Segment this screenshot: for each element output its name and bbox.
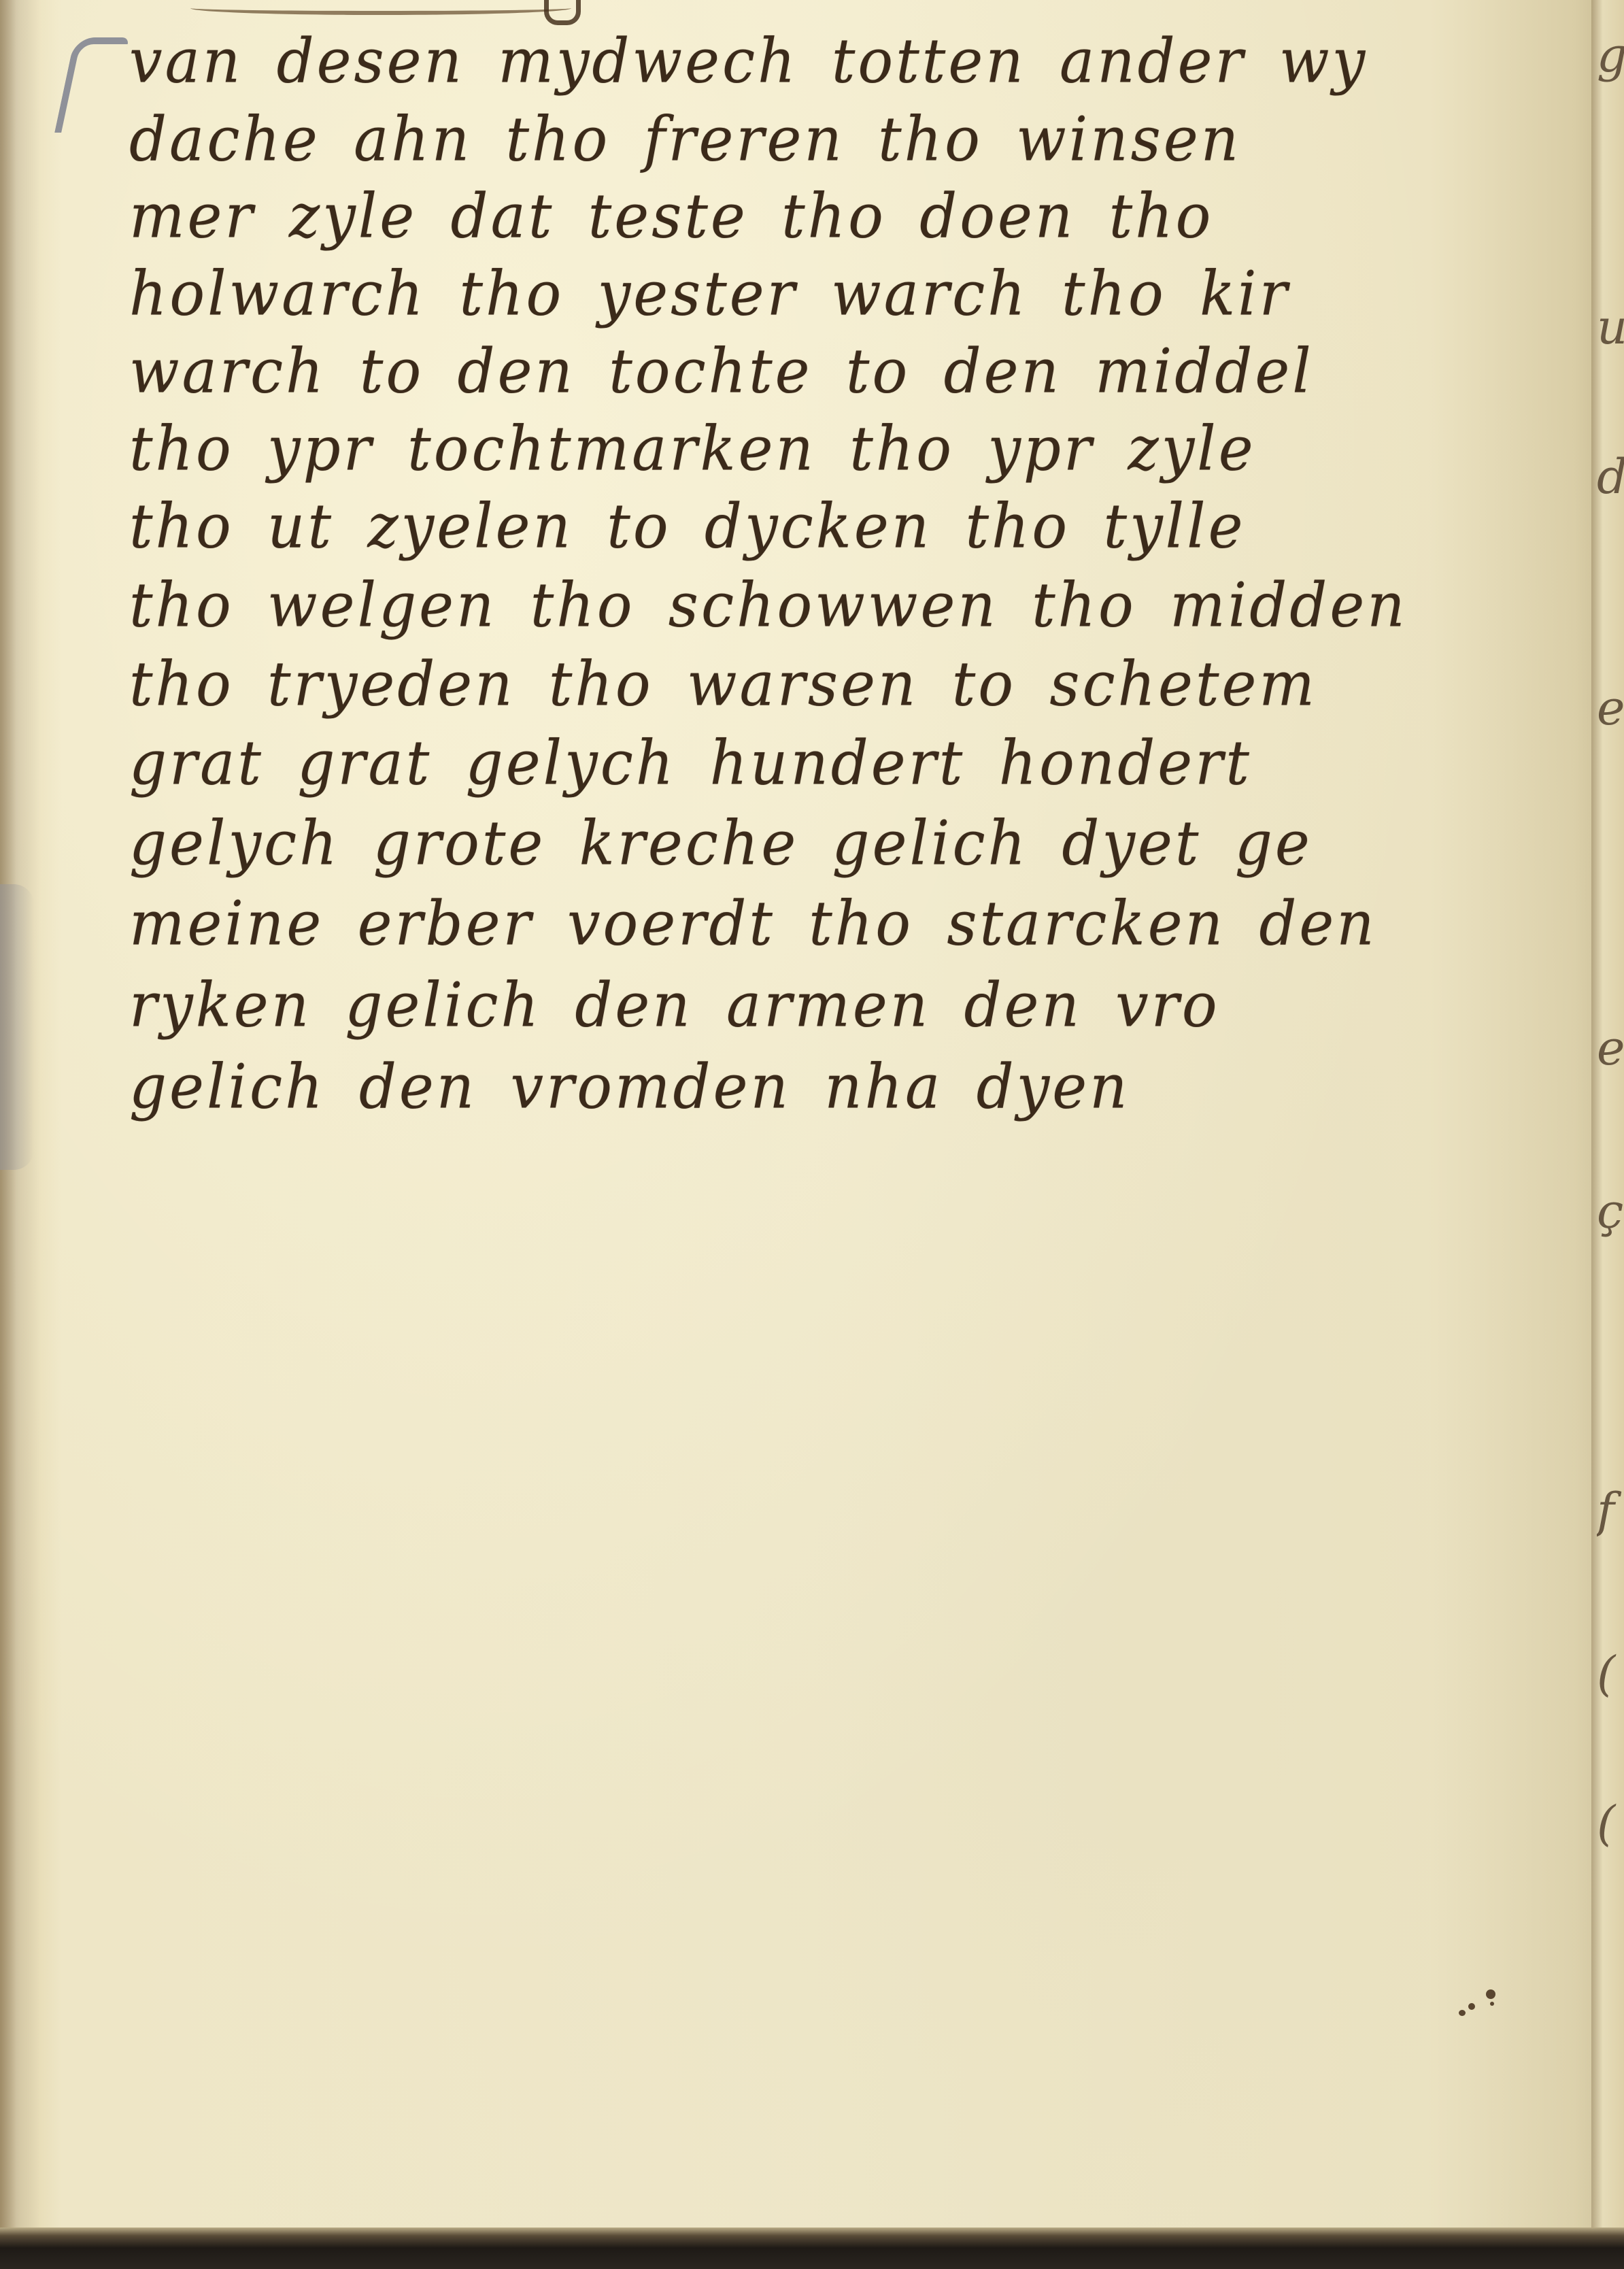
text-line-11: gelych grote kreche gelich dyet ge bbox=[129, 808, 1313, 879]
facing-page-fragment: ç bbox=[1597, 1183, 1624, 1239]
text-line-14: gelich den vromden nha dyen bbox=[129, 1052, 1130, 1123]
facing-page-fragment: ( bbox=[1597, 1796, 1624, 1851]
text-line-6: tho ypr tochtmarken tho ypr zyle bbox=[129, 414, 1256, 485]
facing-page-fragment: e bbox=[1597, 1020, 1624, 1076]
manuscript-page: van desen mydwech totten ander wy dache … bbox=[0, 0, 1624, 2245]
marginal-initial-mark bbox=[54, 37, 129, 133]
worn-binding-edge bbox=[0, 884, 34, 1170]
text-line-9: tho tryeden tho warsen to schetem bbox=[129, 649, 1317, 720]
facing-page-fragment: u bbox=[1597, 299, 1624, 355]
facing-page-fragment: d bbox=[1597, 449, 1624, 505]
text-line-5: warch to den tochte to den middel bbox=[129, 336, 1314, 407]
text-line-7: tho ut zyelen to dycken tho tylle bbox=[129, 491, 1246, 562]
facing-page-fragment: e bbox=[1597, 680, 1624, 736]
text-line-10: grat grat gelych hundert hondert bbox=[129, 728, 1252, 799]
descender-stroke bbox=[544, 0, 581, 25]
text-line-8: tho welgen tho schowwen tho midden bbox=[129, 570, 1408, 641]
facing-page-fragment: g bbox=[1597, 27, 1624, 83]
facing-page-fragment: f bbox=[1597, 1483, 1624, 1539]
text-line-12: meine erber voerdt tho starcken den bbox=[129, 888, 1377, 960]
text-line-2: dache ahn tho freren tho winsen bbox=[129, 104, 1241, 175]
page-stack-bottom-edge bbox=[0, 2228, 1624, 2269]
previous-line-flourish bbox=[190, 1, 571, 15]
text-line-3: mer zyle dat teste tho doen tho bbox=[129, 181, 1213, 252]
text-line-4: holwarch tho yester warch tho kir bbox=[129, 258, 1290, 330]
text-line-13: ryken gelich den armen den vro bbox=[129, 970, 1220, 1041]
text-line-1: van desen mydwech totten ander wy bbox=[129, 26, 1368, 97]
facing-page-fragment: ( bbox=[1597, 1646, 1624, 1702]
